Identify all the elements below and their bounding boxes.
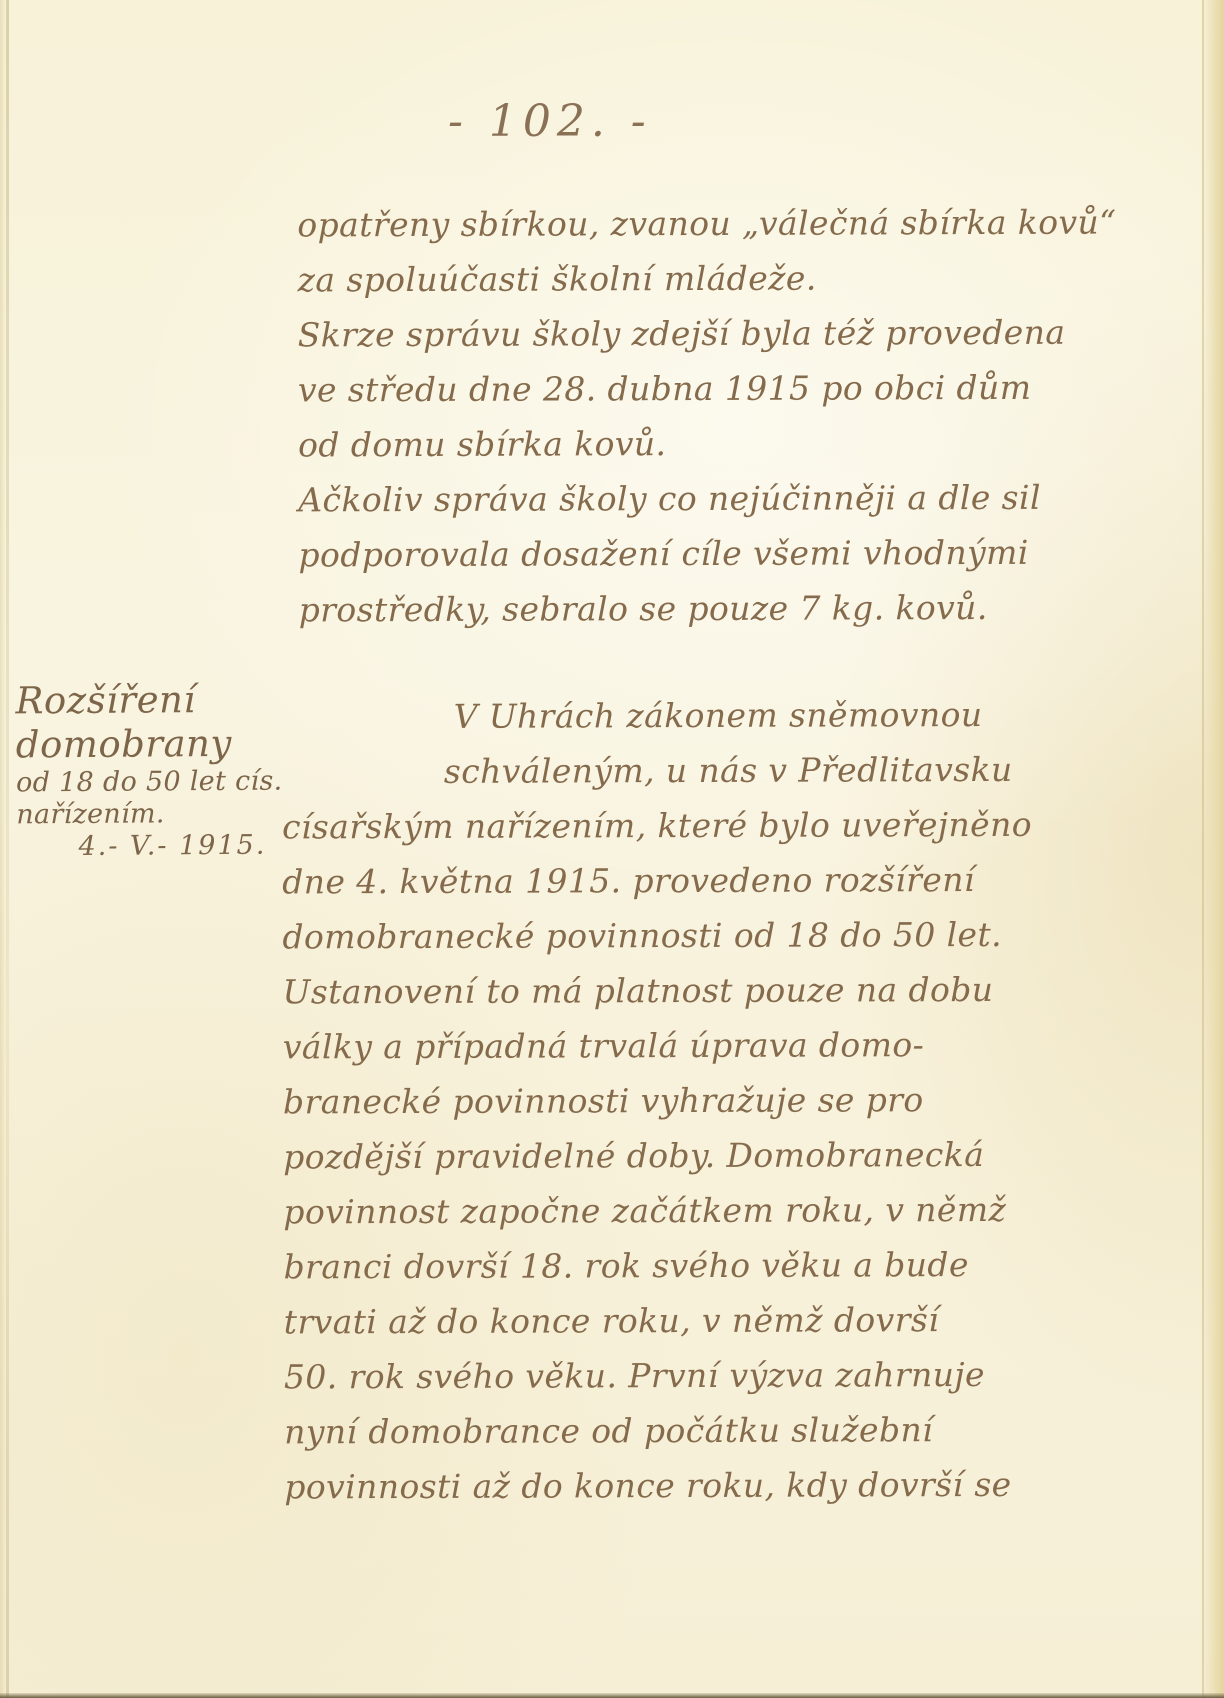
handwritten-line: branecké povinnosti vyhražuje se pro: [283, 1072, 1103, 1130]
handwritten-line: branci dovrší 18. rok svého věku a bude: [283, 1237, 1103, 1295]
page-right-edge: [1202, 0, 1224, 1698]
handwritten-line: ve středu dne 28. dubna 1915 po obci dům: [298, 360, 1098, 418]
handwritten-line: 50. rok svého věku. První výzva zahrnuje: [284, 1347, 1104, 1405]
page-fold-crease: [6, 0, 9, 1698]
page-right-edge-line: [1202, 0, 1204, 1698]
paragraph-militia-expansion: V Uhrách zákonem sněmovnou schváleným, u…: [282, 687, 1105, 1515]
handwritten-line: Ačkoliv správa školy co nejúčinněji a dl…: [298, 470, 1098, 528]
handwritten-line: V Uhrách zákonem sněmovnou: [282, 687, 1102, 745]
handwritten-line: povinnosti až do konce roku, kdy dovrší …: [284, 1457, 1104, 1515]
paragraph-metal-collection: opatřeny sbírkou, zvanou „válečná sbírka…: [297, 195, 1099, 638]
handwritten-line: dne 4. května 1915. provedeno rozšíření: [282, 852, 1102, 910]
handwritten-line: domobranecké povinnosti od 18 do 50 let.: [282, 907, 1102, 965]
handwritten-line: pozdější pravidelné doby. Domobranecká: [283, 1127, 1103, 1185]
handwritten-line: podporovala dosažení cíle všemi vhodnými: [298, 525, 1098, 583]
handwritten-line: schváleným, u nás v Předlitavsku: [282, 742, 1102, 800]
handwritten-line: války a případná trvalá úprava domo-: [283, 1017, 1103, 1075]
handwritten-line: Ustanovení to má platnost pouze na dobu: [283, 962, 1103, 1020]
handwritten-line: nyní domobrance od počátku služební: [284, 1402, 1104, 1460]
handwritten-line: opatřeny sbírkou, zvanou „válečná sbírka…: [297, 195, 1097, 253]
page-number: - 102. -: [448, 96, 652, 147]
handwritten-line: císařským nařízením, které bylo uveřejně…: [282, 797, 1102, 855]
handwritten-line: trvati až do konce roku, v němž dovrší: [284, 1292, 1104, 1350]
handwritten-line: za spoluúčasti školní mládeže.: [297, 250, 1097, 308]
handwritten-line: od domu sbírka kovů.: [298, 415, 1098, 473]
handwritten-line: povinnost započne začátkem roku, v němž: [283, 1182, 1103, 1240]
handwritten-line: prostředky, sebralo se pouze 7 kg. kovů.: [299, 580, 1099, 638]
manuscript-page: { "page": { "number": "- 102. -" }, "par…: [0, 0, 1224, 1698]
page-bottom-edge: [0, 1693, 1224, 1698]
handwritten-line: Skrze správu školy zdejší byla též prove…: [298, 305, 1098, 363]
